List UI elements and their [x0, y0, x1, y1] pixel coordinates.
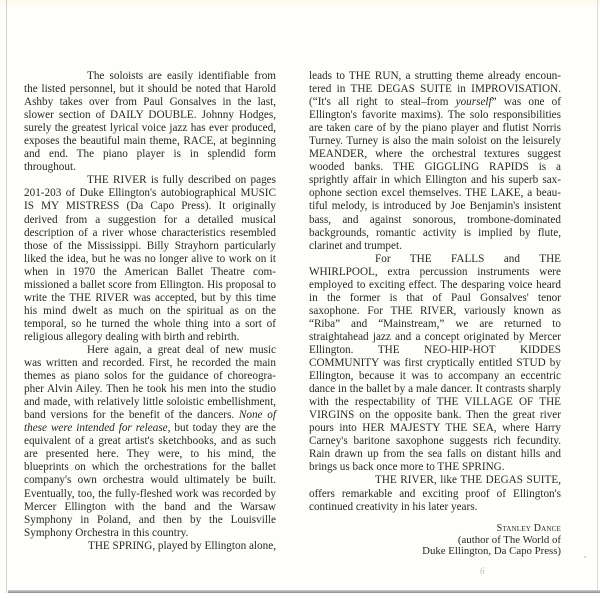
paragraph-the-run: leads to THE RUN, a strutting theme alre… — [309, 70, 561, 253]
scan-speck — [584, 556, 586, 558]
scanned-page: The soloists are easily identifiable fro… — [0, 0, 600, 593]
right-column: leads to THE RUN, a strutting theme alre… — [309, 70, 561, 558]
author-name: Stanley Dance — [309, 523, 561, 535]
paragraph-new-music: Here again, a great deal of new music wa… — [24, 344, 276, 540]
left-column: The soloists are easily identifiable fro… — [24, 70, 276, 553]
author-signature: Stanley Dance (author of The World of Du… — [309, 523, 561, 558]
left-page-edge — [6, 0, 7, 593]
page-top-tint — [0, 0, 600, 8]
text-run: but today they are the equivalent of a g… — [24, 422, 276, 538]
paragraph-the-spring-start: THE SPRING, played by Ellington alone, — [24, 540, 276, 553]
handwritten-page-mark: 6 — [480, 566, 485, 576]
paragraph-conclusion: THE RIVER, like THE DEGAS SUITE, offers … — [309, 474, 561, 513]
right-page-edge — [597, 0, 598, 593]
paragraph-soloists: The soloists are easily identifiable fro… — [24, 70, 276, 174]
text-run: ” was one of Ellington's favorite maxims… — [309, 96, 561, 252]
author-credit-line-2: Duke Ellington, Da Capo Press) — [309, 546, 561, 558]
paragraph-the-river-description: THE RIVER is fully described on pages 20… — [24, 174, 276, 344]
paragraph-falls-whirlpool: For THE FALLS and THE WHIRLPOOL, extra p… — [309, 253, 561, 475]
emphasis-text: yourself — [456, 96, 492, 108]
